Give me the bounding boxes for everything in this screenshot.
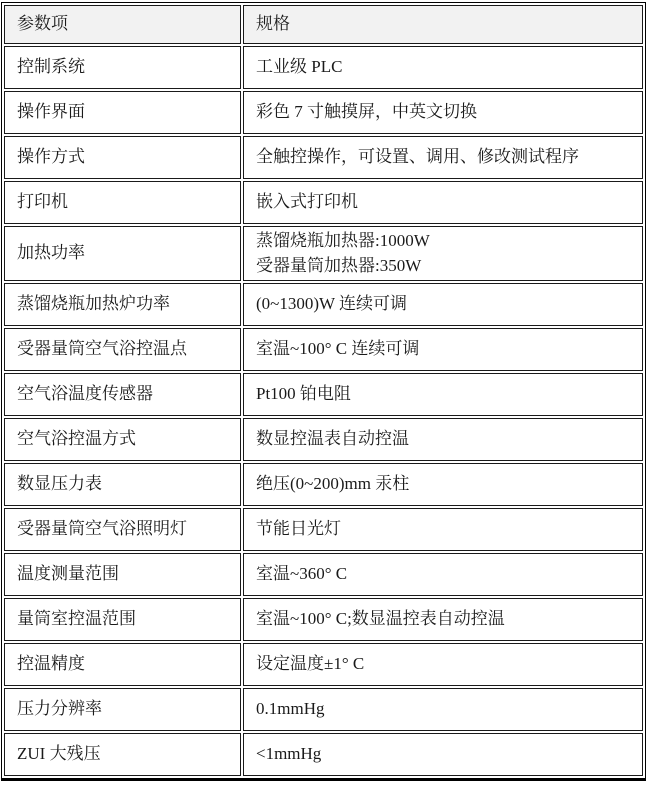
table-row: 受器量筒空气浴照明灯 节能日光灯 <box>4 508 643 551</box>
table-row: ZUI 大残压 <1mmHg <box>4 733 643 776</box>
param-cell: 数显压力表 <box>4 463 241 506</box>
table-row: 压力分辨率 0.1mmHg <box>4 688 643 731</box>
spec-cell: 室温~100° C 连续可调 <box>243 328 643 371</box>
param-cell: 操作方式 <box>4 136 241 179</box>
param-cell: 控温精度 <box>4 643 241 686</box>
param-cell: 受器量筒空气浴照明灯 <box>4 508 241 551</box>
spec-table-body: 控制系统 工业级 PLC 操作界面 彩色 7 寸触摸屏，中英文切换 操作方式 全… <box>4 46 643 776</box>
param-cell: 打印机 <box>4 181 241 224</box>
param-column-header: 参数项 <box>4 5 241 44</box>
param-cell: 受器量筒空气浴控温点 <box>4 328 241 371</box>
param-cell: 加热功率 <box>4 226 241 281</box>
table-row: 受器量筒空气浴控温点 室温~100° C 连续可调 <box>4 328 643 371</box>
spec-cell: 室温~100° C;数显温控表自动控温 <box>243 598 643 641</box>
param-cell: 空气浴温度传感器 <box>4 373 241 416</box>
table-row: 加热功率 蒸馏烧瓶加热器:1000W 受器量筒加热器:350W <box>4 226 643 281</box>
table-row: 操作方式 全触控操作，可设置、调用、修改测试程序 <box>4 136 643 179</box>
param-cell: 空气浴控温方式 <box>4 418 241 461</box>
spec-cell: 嵌入式打印机 <box>243 181 643 224</box>
spec-cell: 绝压(0~200)mm 汞柱 <box>243 463 643 506</box>
spec-cell: 节能日光灯 <box>243 508 643 551</box>
header-row: 参数项 规格 <box>4 5 643 44</box>
table-row: 打印机 嵌入式打印机 <box>4 181 643 224</box>
spec-cell: 工业级 PLC <box>243 46 643 89</box>
table-row: 量筒室控温范围 室温~100° C;数显温控表自动控温 <box>4 598 643 641</box>
param-cell: 蒸馏烧瓶加热炉功率 <box>4 283 241 326</box>
param-cell: 控制系统 <box>4 46 241 89</box>
table-row: 控制系统 工业级 PLC <box>4 46 643 89</box>
table-row: 控温精度 设定温度±1° C <box>4 643 643 686</box>
param-cell: ZUI 大残压 <box>4 733 241 776</box>
spec-cell: 数显控温表自动控温 <box>243 418 643 461</box>
table-row: 操作界面 彩色 7 寸触摸屏，中英文切换 <box>4 91 643 134</box>
param-cell: 压力分辨率 <box>4 688 241 731</box>
table-row: 温度测量范围 室温~360° C <box>4 553 643 596</box>
spec-cell: Pt100 铂电阻 <box>243 373 643 416</box>
spec-cell: 彩色 7 寸触摸屏，中英文切换 <box>243 91 643 134</box>
table-row: 蒸馏烧瓶加热炉功率 (0~1300)W 连续可调 <box>4 283 643 326</box>
spec-cell: <1mmHg <box>243 733 643 776</box>
table-row: 空气浴控温方式 数显控温表自动控温 <box>4 418 643 461</box>
spec-cell: 蒸馏烧瓶加热器:1000W 受器量筒加热器:350W <box>243 226 643 281</box>
table-row: 空气浴温度传感器 Pt100 铂电阻 <box>4 373 643 416</box>
spec-cell: 设定温度±1° C <box>243 643 643 686</box>
spec-cell: (0~1300)W 连续可调 <box>243 283 643 326</box>
param-cell: 量筒室控温范围 <box>4 598 241 641</box>
spec-table: 参数项 规格 控制系统 工业级 PLC 操作界面 彩色 7 寸触摸屏，中英文切换… <box>1 2 646 781</box>
param-cell: 温度测量范围 <box>4 553 241 596</box>
spec-cell: 全触控操作，可设置、调用、修改测试程序 <box>243 136 643 179</box>
table-row: 数显压力表 绝压(0~200)mm 汞柱 <box>4 463 643 506</box>
spec-column-header: 规格 <box>243 5 643 44</box>
spec-cell: 0.1mmHg <box>243 688 643 731</box>
param-cell: 操作界面 <box>4 91 241 134</box>
spec-cell: 室温~360° C <box>243 553 643 596</box>
